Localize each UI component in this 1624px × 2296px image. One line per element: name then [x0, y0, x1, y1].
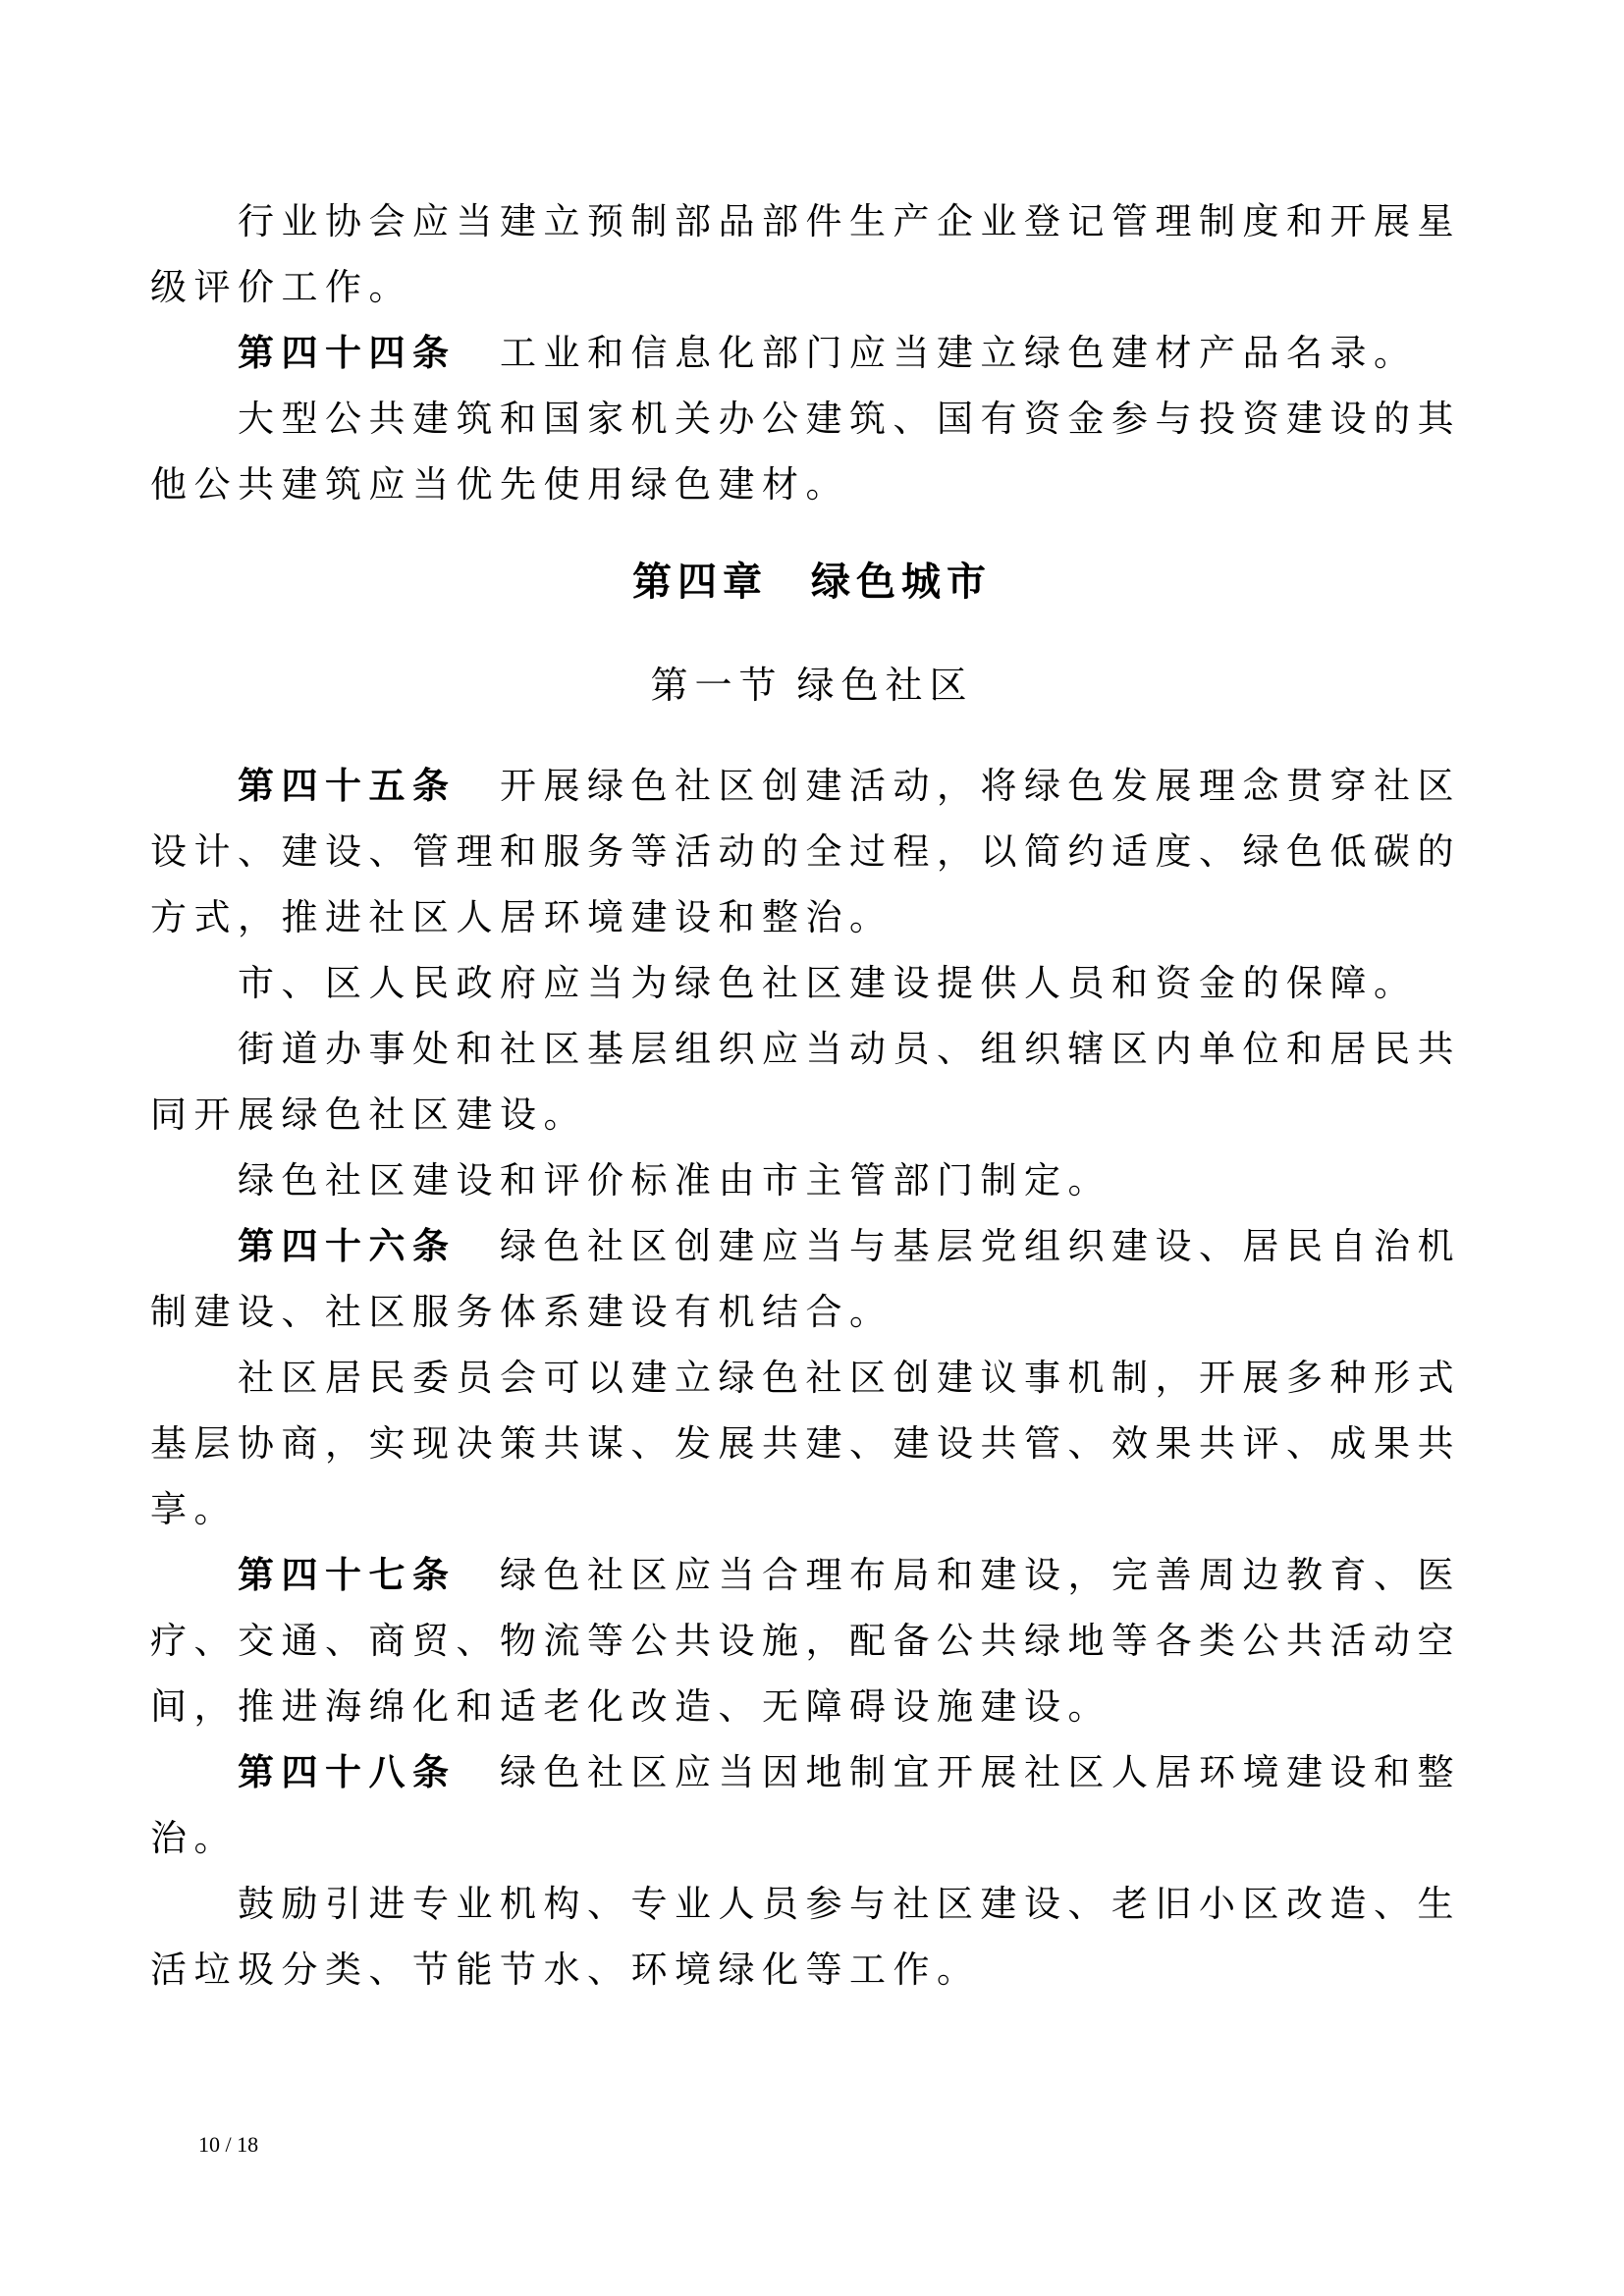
body-line: 设计、建设、管理和服务等活动的全过程，以简约适度、绿色低碳的 [150, 819, 1461, 884]
body-line: 他公共建筑应当优先使用绿色建材。 [150, 452, 849, 517]
body-line: 同开展绿色社区建设。 [150, 1082, 587, 1148]
body-line: 方式，推进社区人居环境建设和整治。 [150, 884, 893, 950]
body-line: 制建设、社区服务体系建设有机结合。 [150, 1279, 893, 1345]
section-heading: 第一节绿色社区 [0, 651, 1624, 720]
body-line: 社区居民委员会可以建立绿色社区创建议事机制，开展多种形式 [238, 1345, 1461, 1411]
article-label: 第四十七条 [238, 1554, 457, 1596]
body-line: 间，推进海绵化和适老化改造、无障碍设施建设。 [150, 1674, 1111, 1739]
body-line: 疗、交通、商贸、物流等公共设施，配备公共绿地等各类公共活动空 [150, 1608, 1461, 1674]
section-number: 第一节 [650, 664, 783, 707]
chapter-number: 第四章 [632, 560, 768, 605]
page-number: 10 / 18 [198, 2130, 258, 2160]
article-text: 工业和信息化部门应当建立绿色建材产品名录。 [500, 332, 1418, 374]
article-44: 第四十四条工业和信息化部门应当建立绿色建材产品名录。 [238, 320, 1418, 386]
article-45: 第四十五条开展绿色社区创建活动，将绿色发展理念贯穿社区 [238, 753, 1461, 819]
body-line: 活垃圾分类、节能节水、环境绿化等工作。 [150, 1937, 981, 2002]
body-line: 街道办事处和社区基层组织应当动员、组织辖区内单位和居民共 [238, 1016, 1461, 1082]
body-line: 级评价工作。 [150, 254, 412, 320]
body-line: 绿色社区建设和评价标准由市主管部门制定。 [238, 1148, 1111, 1213]
article-text: 绿色社区创建应当与基层党组织建设、居民自治机 [500, 1225, 1461, 1267]
article-label: 第四十四条 [238, 332, 457, 374]
body-line: 鼓励引进专业机构、专业人员参与社区建设、老旧小区改造、生 [238, 1871, 1461, 1937]
article-label: 第四十六条 [238, 1225, 457, 1267]
body-line: 享。 [150, 1476, 238, 1542]
article-48: 第四十八条绿色社区应当因地制宜开展社区人居环境建设和整 [238, 1739, 1461, 1805]
body-line: 基层协商，实现决策共谋、发展共建、建设共管、效果共评、成果共 [150, 1411, 1461, 1476]
body-line: 大型公共建筑和国家机关办公建筑、国有资金参与投资建设的其 [238, 386, 1461, 452]
body-line: 治。 [150, 1805, 238, 1871]
body-line: 市、区人民政府应当为绿色社区建设提供人员和资金的保障。 [238, 950, 1418, 1016]
document-page: 行业协会应当建立预制部品部件生产企业登记管理制度和开展星 级评价工作。 第四十四… [0, 0, 1624, 2296]
article-text: 绿色社区应当因地制宜开展社区人居环境建设和整 [500, 1751, 1461, 1793]
body-line: 行业协会应当建立预制部品部件生产企业登记管理制度和开展星 [238, 188, 1461, 254]
section-title: 绿色社区 [797, 664, 974, 707]
article-text: 绿色社区应当合理布局和建设，完善周边教育、医 [500, 1554, 1461, 1596]
article-label: 第四十八条 [238, 1751, 457, 1793]
article-46: 第四十六条绿色社区创建应当与基层党组织建设、居民自治机 [238, 1213, 1461, 1279]
article-text: 开展绿色社区创建活动，将绿色发展理念贯穿社区 [500, 765, 1461, 807]
article-label: 第四十五条 [238, 765, 457, 807]
article-47: 第四十七条绿色社区应当合理布局和建设，完善周边教育、医 [238, 1542, 1461, 1608]
chapter-heading: 第四章绿色城市 [0, 548, 1624, 616]
chapter-title: 绿色城市 [811, 560, 992, 605]
